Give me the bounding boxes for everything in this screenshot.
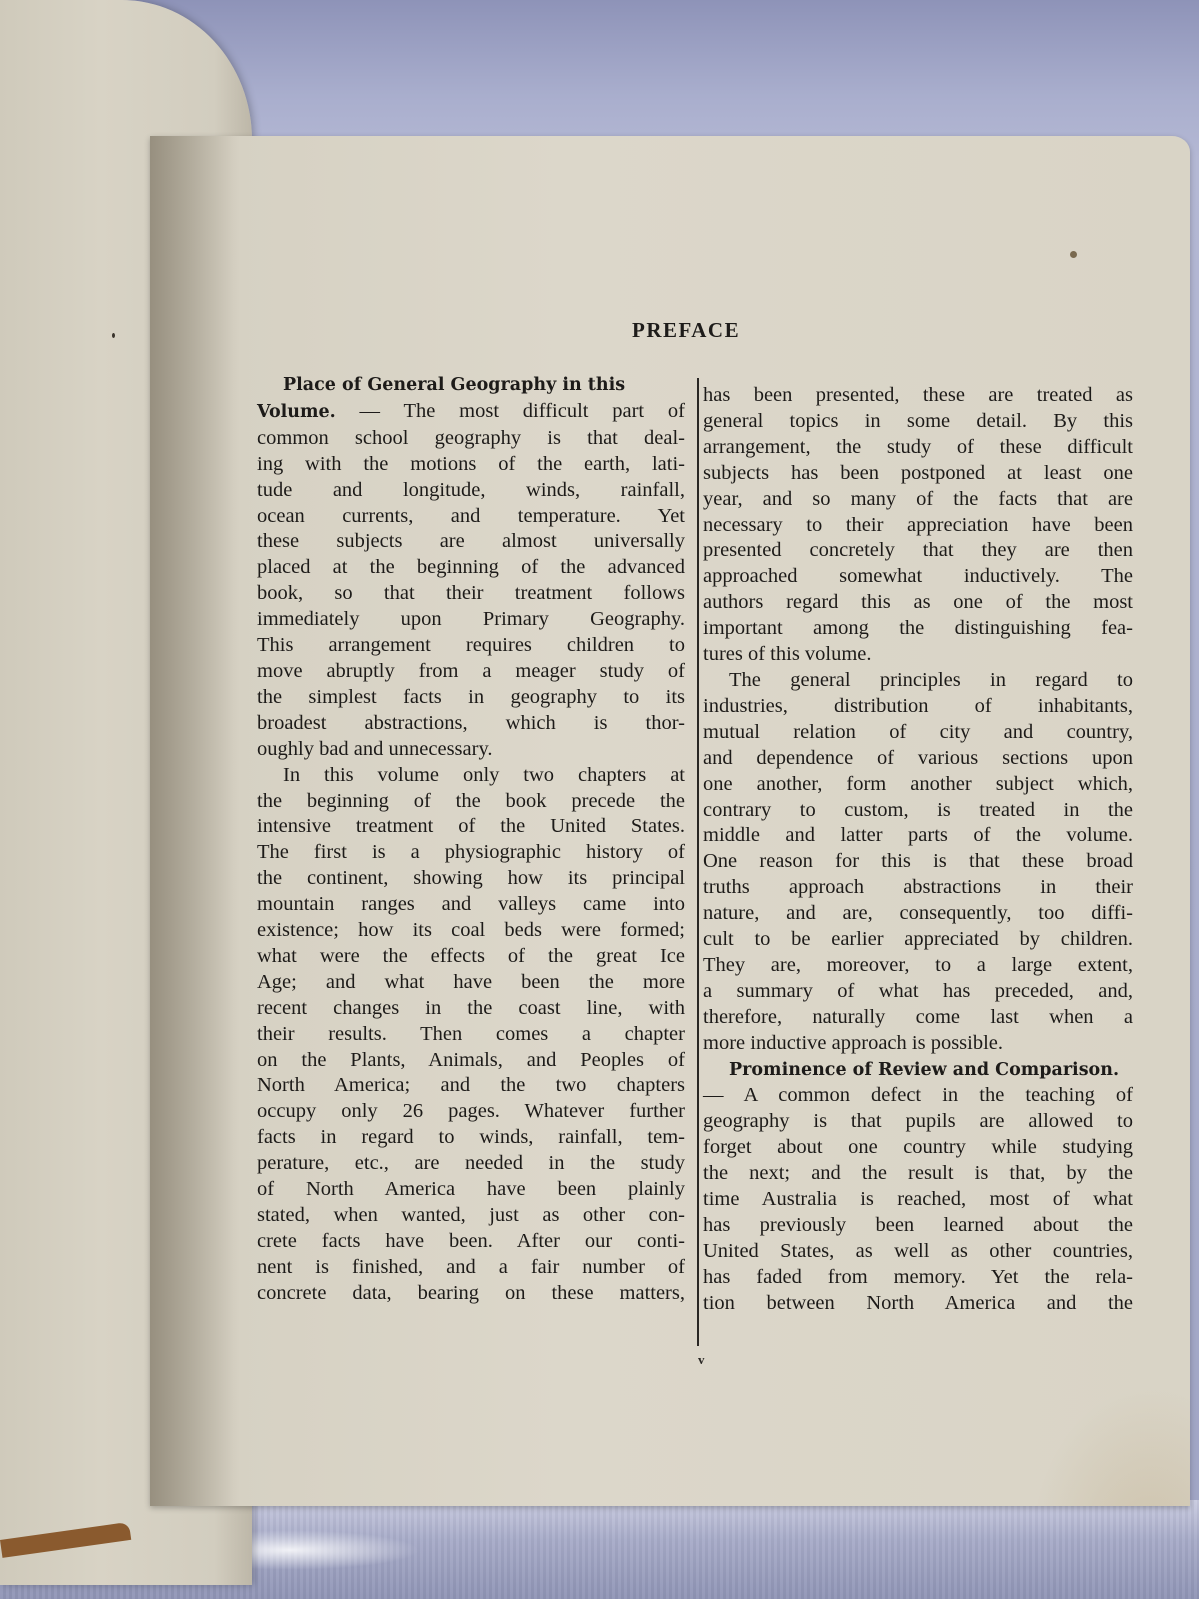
text-line: book, so that their treatment follows	[257, 581, 685, 607]
text-line: nature, and are, consequently, too diffi…	[703, 901, 1133, 927]
text-line: year, and so many of the facts that are	[703, 487, 1133, 513]
text-line: has faded from memory. Yet the rela-	[703, 1265, 1133, 1291]
body-text-run: concrete data, bearing on these matters,	[257, 1282, 685, 1304]
body-text-run: presented concretely that they are then	[703, 539, 1133, 561]
text-line: Age; and what have been the more	[257, 970, 685, 996]
body-text-run: United States, as well as other countrie…	[703, 1240, 1133, 1262]
body-text-run: facts in regard to winds, rainfall, tem-	[257, 1126, 685, 1148]
body-text-run: existence; how its coal beds were formed…	[257, 919, 685, 941]
text-line: One reason for this is that these broad	[703, 849, 1133, 875]
body-text-run: nature, and are, consequently, too diffi…	[703, 902, 1133, 924]
body-text-run: placed at the beginning of the advanced	[257, 556, 685, 578]
body-text-run: the next; and the result is that, by the	[703, 1162, 1133, 1184]
text-line: ocean currents, and temperature. Yet	[257, 504, 685, 530]
text-line: immediately upon Primary Geography.	[257, 607, 685, 633]
text-line: perature, etc., are needed in the study	[257, 1151, 685, 1177]
body-text-run: geography is that pupils are allowed to	[703, 1110, 1133, 1132]
body-text-run: intensive treatment of the United States…	[257, 815, 685, 837]
body-text-run: necessary to their appreciation have bee…	[703, 514, 1133, 536]
body-text-run: recent changes in the coast line, with	[257, 997, 685, 1019]
body-text-run: their results. Then comes a chapter	[257, 1023, 685, 1045]
body-text-run: of North America have been plainly	[257, 1178, 685, 1200]
text-line: one another, form another subject which,	[703, 772, 1133, 798]
text-line: mountain ranges and valleys came into	[257, 892, 685, 918]
text-line: necessary to their appreciation have bee…	[703, 513, 1133, 539]
text-line: crete facts have been. After our conti-	[257, 1229, 685, 1255]
text-line: Volume. — The most difficult part of	[257, 399, 685, 426]
body-text-run: subjects has been postponed at least one	[703, 462, 1133, 484]
text-line: presented concretely that they are then	[703, 538, 1133, 564]
body-text-run: perature, etc., are needed in the study	[257, 1152, 685, 1174]
body-text-run: — A common defect in the teaching of	[703, 1084, 1133, 1106]
text-line: a summary of what has preceded, and,	[703, 979, 1133, 1005]
text-column-left: Place of General Geography in thisVolume…	[257, 372, 685, 1307]
text-line: more inductive approach is possible.	[703, 1031, 1133, 1057]
body-text-run: tude and longitude, winds, rainfall,	[257, 479, 685, 501]
body-text-run: broadest abstractions, which is thor-	[257, 712, 685, 734]
text-line: broadest abstractions, which is thor-	[257, 711, 685, 737]
body-text-run: therefore, naturally come last when a	[703, 1006, 1133, 1028]
text-line: North America; and the two chapters	[257, 1073, 685, 1099]
body-text-run: one another, form another subject which,	[703, 773, 1133, 795]
body-text-run: In this volume only two chapters at	[283, 764, 685, 786]
text-line: approached somewhat inductively. The	[703, 564, 1133, 590]
text-line: these subjects are almost universally	[257, 529, 685, 555]
body-text-run: crete facts have been. After our conti-	[257, 1230, 685, 1252]
text-line: general topics in some detail. By this	[703, 409, 1133, 435]
text-line: nent is finished, and a fair number of	[257, 1255, 685, 1281]
text-line: This arrangement requires children to	[257, 633, 685, 659]
text-line: stated, when wanted, just as other con-	[257, 1203, 685, 1229]
text-line: on the Plants, Animals, and Peoples of	[257, 1048, 685, 1074]
body-text-run: This arrangement requires children to	[257, 634, 685, 656]
text-line: contrary to custom, is treated in the	[703, 798, 1133, 824]
text-line: United States, as well as other countrie…	[703, 1239, 1133, 1265]
text-line: tion between North America and the	[703, 1291, 1133, 1317]
page-title: PREFACE	[632, 318, 740, 343]
body-text-run: ing with the motions of the earth, lati-	[257, 453, 685, 475]
body-text-run: middle and latter parts of the volume.	[703, 824, 1133, 846]
text-line: In this volume only two chapters at	[257, 763, 685, 789]
text-line: move abruptly from a meager study of	[257, 659, 685, 685]
body-text-run: a summary of what has preceded, and,	[703, 980, 1133, 1002]
body-text-run: year, and so many of the facts that are	[703, 488, 1133, 510]
paper-speck	[112, 333, 115, 338]
text-line: the beginning of the book precede the	[257, 789, 685, 815]
body-text-run: book, so that their treatment follows	[257, 582, 685, 604]
text-line: Place of General Geography in this	[257, 372, 685, 399]
body-text-run: mutual relation of city and country,	[703, 721, 1133, 743]
text-line: oughly bad and unnecessary.	[257, 737, 685, 763]
body-text-run: the continent, showing how its principal	[257, 867, 685, 889]
text-line: facts in regard to winds, rainfall, tem-	[257, 1125, 685, 1151]
body-text-run: what were the effects of the great Ice	[257, 945, 685, 967]
body-text-run: cult to be earlier appreciated by childr…	[703, 928, 1133, 950]
text-line: cult to be earlier appreciated by childr…	[703, 927, 1133, 953]
body-text-run: these subjects are almost universally	[257, 530, 685, 552]
body-text-run: more inductive approach is possible.	[703, 1032, 1003, 1054]
body-text-run: industries, distribution of inhabitants,	[703, 695, 1133, 717]
body-text-run: occupy only 26 pages. Whatever further	[257, 1100, 685, 1122]
text-line: subjects has been postponed at least one	[703, 461, 1133, 487]
text-line: common school geography is that deal-	[257, 426, 685, 452]
text-line: industries, distribution of inhabitants,	[703, 694, 1133, 720]
gutter-shadow	[150, 136, 240, 1506]
text-line: and dependence of various sections upon	[703, 746, 1133, 772]
body-text-run: They are, moreover, to a large extent,	[703, 954, 1133, 976]
text-line: existence; how its coal beds were formed…	[257, 918, 685, 944]
body-text-run: general topics in some detail. By this	[703, 410, 1133, 432]
text-line: They are, moreover, to a large extent,	[703, 953, 1133, 979]
body-text-run: stated, when wanted, just as other con-	[257, 1204, 685, 1226]
text-line: therefore, naturally come last when a	[703, 1005, 1133, 1031]
section-heading-run: Volume.	[257, 402, 336, 422]
text-line: tures of this volume.	[703, 642, 1133, 668]
body-text-run: tion between North America and the	[703, 1292, 1133, 1314]
body-text-run: tures of this volume.	[703, 643, 872, 665]
text-line: geography is that pupils are allowed to	[703, 1109, 1133, 1135]
foxing-spot	[1070, 251, 1077, 258]
body-text-run: The first is a physiographic history of	[257, 841, 685, 863]
body-text-run: One reason for this is that these broad	[703, 850, 1133, 872]
body-text-run: important among the distinguishing fea-	[703, 617, 1133, 639]
text-line: of North America have been plainly	[257, 1177, 685, 1203]
text-line: placed at the beginning of the advanced	[257, 555, 685, 581]
body-text-run: North America; and the two chapters	[257, 1074, 685, 1096]
section-heading-run: Place of General Geography in this	[283, 375, 625, 395]
text-line: mutual relation of city and country,	[703, 720, 1133, 746]
text-line: recent changes in the coast line, with	[257, 996, 685, 1022]
text-line: Prominence of Review and Comparison.	[703, 1057, 1133, 1084]
text-line: occupy only 26 pages. Whatever further	[257, 1099, 685, 1125]
body-text-run: — The most difficult part of	[336, 400, 685, 422]
text-line: important among the distinguishing fea-	[703, 616, 1133, 642]
text-line: intensive treatment of the United States…	[257, 814, 685, 840]
body-text-run: ocean currents, and temperature. Yet	[257, 505, 685, 527]
text-line: middle and latter parts of the volume.	[703, 823, 1133, 849]
body-text-run: time Australia is reached, most of what	[703, 1188, 1133, 1210]
text-line: — A common defect in the teaching of	[703, 1083, 1133, 1109]
body-text-run: common school geography is that deal-	[257, 427, 685, 449]
body-text-run: and dependence of various sections upon	[703, 747, 1133, 769]
text-line: authors regard this as one of the most	[703, 590, 1133, 616]
text-line: ing with the motions of the earth, lati-	[257, 452, 685, 478]
column-divider-rule	[697, 378, 699, 1346]
text-line: the next; and the result is that, by the	[703, 1161, 1133, 1187]
text-column-right: has been presented, these are treated as…	[703, 383, 1133, 1317]
body-text-run: The general principles in regard to	[729, 669, 1133, 691]
body-text-run: mountain ranges and valleys came into	[257, 893, 685, 915]
text-line: the simplest facts in geography to its	[257, 685, 685, 711]
text-line: has previously been learned about the	[703, 1213, 1133, 1239]
text-line: The general principles in regard to	[703, 668, 1133, 694]
text-line: concrete data, bearing on these matters,	[257, 1281, 685, 1307]
body-text-run: the simplest facts in geography to its	[257, 686, 685, 708]
text-line: The first is a physiographic history of	[257, 840, 685, 866]
body-text-run: forget about one country while studying	[703, 1136, 1133, 1158]
section-heading-run: Prominence of Review and Comparison.	[729, 1060, 1119, 1080]
text-line: their results. Then comes a chapter	[257, 1022, 685, 1048]
body-text-run: arrangement, the study of these difficul…	[703, 436, 1133, 458]
body-text-run: approached somewhat inductively. The	[703, 565, 1133, 587]
body-text-run: truths approach abstractions in their	[703, 876, 1133, 898]
text-line: forget about one country while studying	[703, 1135, 1133, 1161]
body-text-run: authors regard this as one of the most	[703, 591, 1133, 613]
body-text-run: Age; and what have been the more	[257, 971, 685, 993]
body-text-run: immediately upon Primary Geography.	[257, 608, 685, 630]
body-text-run: has been presented, these are treated as	[703, 384, 1133, 406]
body-text-run: nent is finished, and a fair number of	[257, 1256, 685, 1278]
text-line: truths approach abstractions in their	[703, 875, 1133, 901]
page-number: v	[698, 1352, 705, 1368]
body-text-run: contrary to custom, is treated in the	[703, 799, 1133, 821]
text-line: what were the effects of the great Ice	[257, 944, 685, 970]
text-line: tude and longitude, winds, rainfall,	[257, 478, 685, 504]
text-line: time Australia is reached, most of what	[703, 1187, 1133, 1213]
text-line: the continent, showing how its principal	[257, 866, 685, 892]
text-line: arrangement, the study of these difficul…	[703, 435, 1133, 461]
body-text-run: move abruptly from a meager study of	[257, 660, 685, 682]
body-text-run: has previously been learned about the	[703, 1214, 1133, 1236]
body-text-run: on the Plants, Animals, and Peoples of	[257, 1049, 685, 1071]
body-text-run: has faded from memory. Yet the rela-	[703, 1266, 1133, 1288]
text-line: has been presented, these are treated as	[703, 383, 1133, 409]
body-text-run: oughly bad and unnecessary.	[257, 738, 493, 760]
body-text-run: the beginning of the book precede the	[257, 790, 685, 812]
